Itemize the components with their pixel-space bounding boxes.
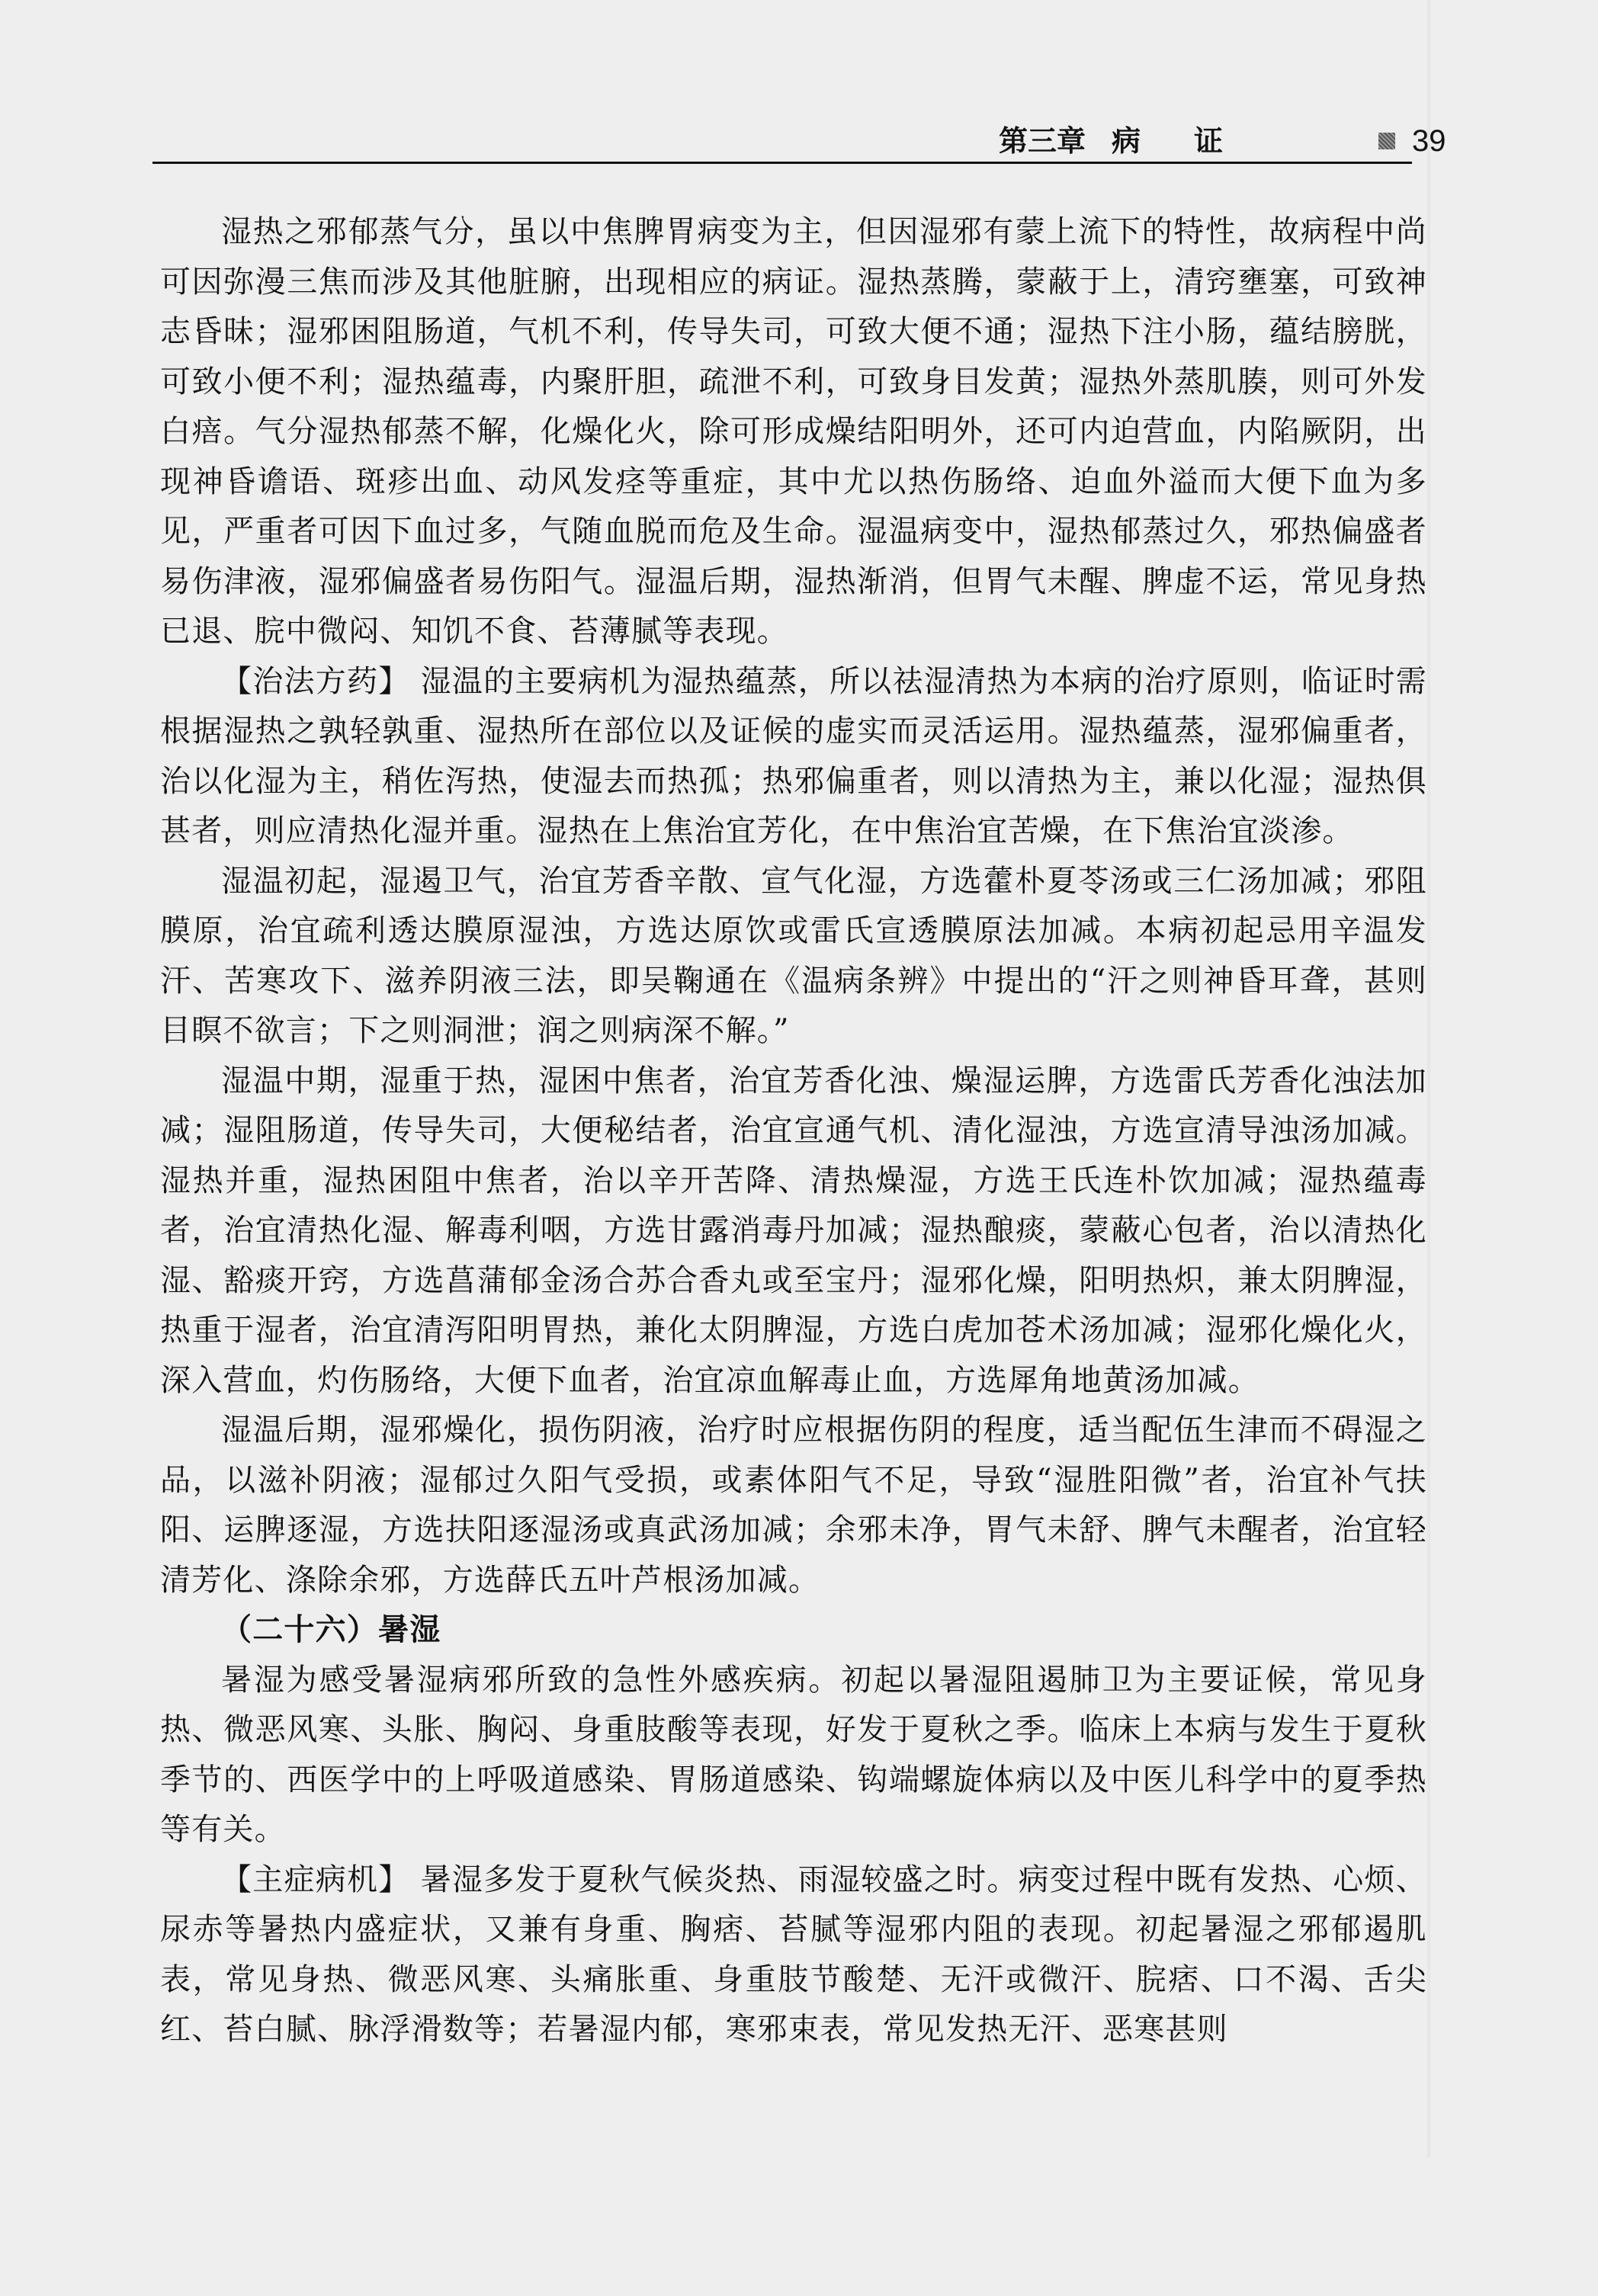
chapter-title: 第三章病证 [999,122,1223,160]
header-rule [152,162,1412,164]
chapter-name-part-2: 证 [1194,122,1223,160]
page-edge [1427,0,1430,2157]
paragraph-text: 湿热之邪郁蒸气分，虽以中焦脾胃病变为主，但因湿邪有蒙上流下的特性，故病程中尚可因… [160,214,1427,649]
chapter-number: 第三章 [999,122,1086,160]
paragraph-summer-damp-symptoms: 【主症病机】 暑湿多发于夏秋气候炎热、雨湿较盛之时。病变过程中既有发热、心烦、尿… [160,1855,1427,2055]
paragraph-text: 湿温初起，湿遏卫气，治宜芳香辛散、宣气化湿，方选藿朴夏苓汤或三仁汤加减；邪阻膜原… [160,864,1427,1049]
paragraph-middle-stage: 湿温中期，湿重于热，湿困中焦者，治宜芳香化浊、燥湿运脾，方选雷氏芳香化浊法加减；… [160,1057,1427,1406]
body-text: 湿热之邪郁蒸气分，虽以中焦脾胃病变为主，但因湿邪有蒙上流下的特性，故病程中尚可因… [160,207,1427,2055]
paragraph-text: 湿温后期，湿邪燥化，损伤阴液，治疗时应根据伤阴的程度，适当配伍生津而不碍湿之品，… [160,1413,1427,1598]
paragraph-summer-damp-intro: 暑湿为感受暑湿病邪所致的急性外感疾病。初起以暑湿阻遏肺卫为主要证候，常见身热、微… [160,1656,1427,1855]
paragraph-text: 湿温中期，湿重于热，湿困中焦者，治宜芳香化浊、燥湿运脾，方选雷氏芳香化浊法加减；… [160,1063,1427,1398]
chapter-name-part-1: 病 [1112,122,1141,160]
section-heading: （二十六）暑湿 [160,1605,1427,1656]
header-marker-icon [1378,133,1395,149]
paragraph-late-stage: 湿温后期，湿邪燥化，损伤阴液，治疗时应根据伤阴的程度，适当配伍生津而不碍湿之品，… [160,1406,1427,1605]
paragraph-label: 【主症病机】 [221,1862,410,1897]
running-header: 第三章病证 39 [152,122,1410,160]
paragraph-early-stage: 湿温初起，湿遏卫气，治宜芳香辛散、宣气化湿，方选藿朴夏苓汤或三仁汤加减；邪阻膜原… [160,857,1427,1057]
paragraph-treatment: 【治法方药】 湿温的主要病机为湿热蕴蒸，所以祛湿清热为本病的治疗原则，临证时需根… [160,657,1427,857]
paragraph-pathogenesis-cont: 湿热之邪郁蒸气分，虽以中焦脾胃病变为主，但因湿邪有蒙上流下的特性，故病程中尚可因… [160,207,1427,657]
paragraph-text: 暑湿为感受暑湿病邪所致的急性外感疾病。初起以暑湿阻遏肺卫为主要证候，常见身热、微… [160,1663,1427,1848]
paragraph-label: 【治法方药】 [221,664,410,699]
page-number: 39 [1412,122,1446,160]
